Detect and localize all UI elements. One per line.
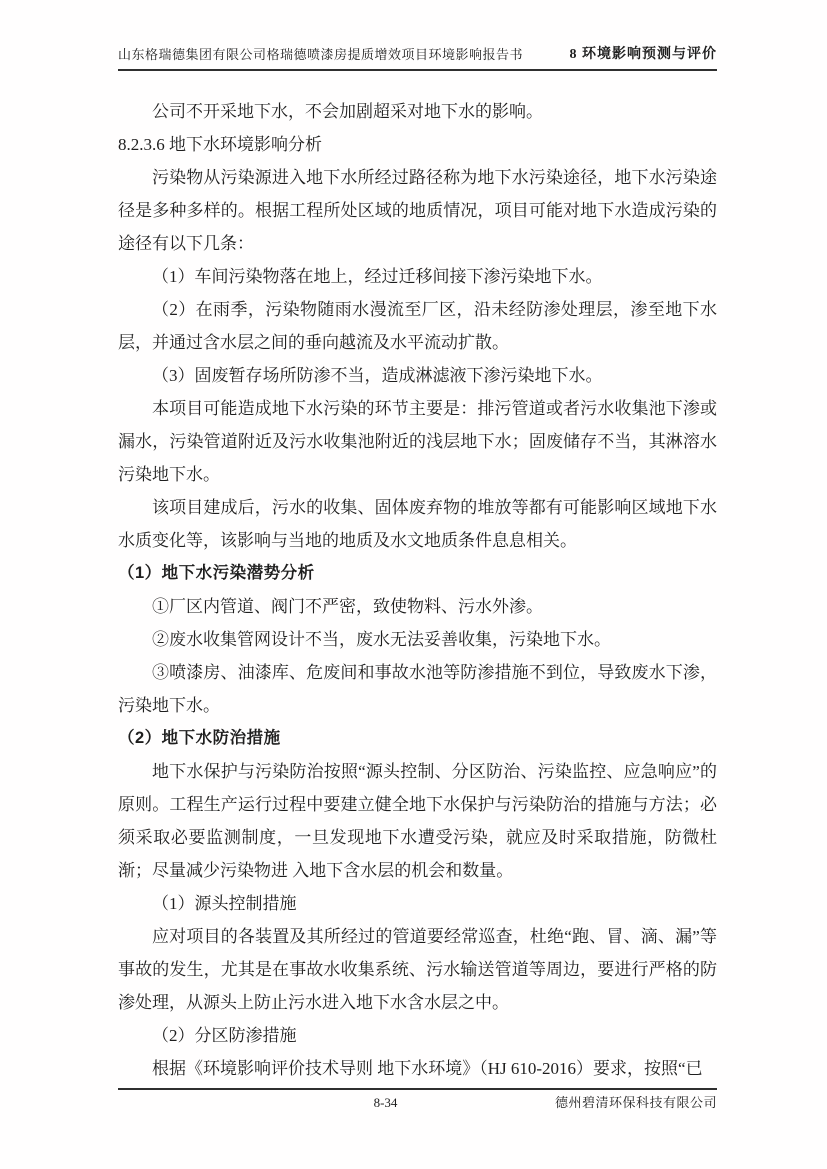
page-header: 山东格瑞德集团有限公司格瑞德喷漆房提质增效项目环境影响报告书 8 环境影响预测与…: [118, 47, 717, 71]
subheading-zone-seepage: （2）分区防渗措施: [118, 1019, 717, 1052]
paragraph-post-construction: 该项目建成后，污水的收集、固体废弃物的堆放等都有可能影响区域地下水水质变化等，该…: [118, 491, 717, 557]
paragraph-potential-2: ②废水收集管网设计不当，废水无法妥善收集，污染地下水。: [118, 623, 717, 656]
document-page: 山东格瑞德集团有限公司格瑞德喷漆房提质增效项目环境影响报告书 8 环境影响预测与…: [0, 0, 827, 1169]
paragraph-pathway-3: （3）固废暂存场所防渗不当，造成淋滤液下渗污染地下水。: [118, 359, 717, 392]
subheading-source-control: （1）源头控制措施: [118, 887, 717, 920]
paragraph-source-control: 应对项目的各装置及其所经过的管道要经常巡查，杜绝“跑、冒、滴、漏”等事故的发生，…: [118, 920, 717, 1019]
footer-company-name: 德州碧清环保科技有限公司: [555, 1095, 717, 1111]
paragraph-pathway-2: （2）在雨季，污染物随雨水漫流至厂区，沿未经防渗处理层，渗至地下水层，并通过含水…: [118, 293, 717, 359]
paragraph-potential-3: ③喷漆房、油漆库、危废间和事故水池等防渗措施不到位，导致废水下渗，污染地下水。: [118, 656, 717, 722]
document-body: 公司不开采地下水，不会加剧超采对地下水的影响。 8.2.3.6 地下水环境影响分…: [118, 95, 717, 1085]
paragraph-prevention-principle: 地下水保护与污染防治按照“源头控制、分区防治、污染监控、应急响应”的原则。工程生…: [118, 755, 717, 887]
paragraph-pollution-pathways: 污染物从污染源进入地下水所经过路径称为地下水污染途径，地下水污染途径是多种多样的…: [118, 161, 717, 260]
paragraph-zone-seepage: 根据《环境影响评价技术导则 地下水环境》（HJ 610-2016）要求，按照“已: [118, 1052, 717, 1085]
paragraph-pathway-1: （1）车间污染物落在地上，经过迁移间接下渗污染地下水。: [118, 260, 717, 293]
section-heading-8236: 8.2.3.6 地下水环境影响分析: [118, 128, 717, 161]
heading-prevention-measures: （2）地下水防治措施: [118, 722, 717, 755]
header-chapter-title: 8 环境影响预测与评价: [570, 47, 718, 63]
paragraph-intro: 公司不开采地下水，不会加剧超采对地下水的影响。: [118, 95, 717, 128]
paragraph-potential-1: ①厂区内管道、阀门不严密，致使物料、污水外渗。: [118, 590, 717, 623]
header-report-title: 山东格瑞德集团有限公司格瑞德喷漆房提质增效项目环境影响报告书: [118, 47, 523, 63]
heading-pollution-potential: （1）地下水污染潜势分析: [118, 557, 717, 590]
page-footer: 8-34 德州碧清环保科技有限公司: [118, 1088, 717, 1095]
paragraph-pollution-links: 本项目可能造成地下水污染的环节主要是：排污管道或者污水收集池下渗或漏水，污染管道…: [118, 392, 717, 491]
